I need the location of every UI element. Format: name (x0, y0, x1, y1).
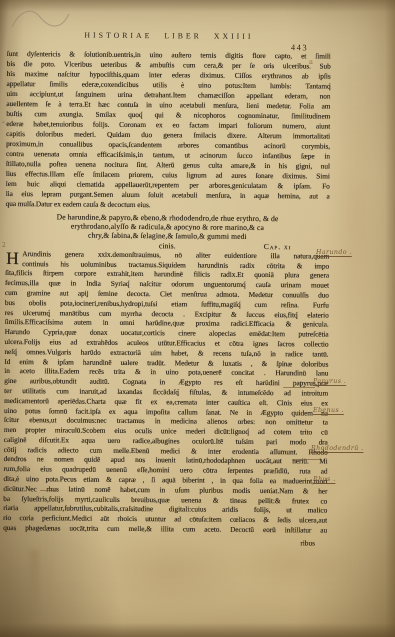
text-line: quas phagedænas uocāt,trita cum melle,& … (3, 523, 327, 535)
printed-area: HISTORIAE LIBER XXIIII 443 ſunt dyſenter… (3, 30, 331, 548)
chapter-number-label: Cap. xi (264, 242, 292, 251)
reader-ink-mark (283, 387, 315, 388)
book-page-scan: HISTORIAE LIBER XXIIII 443 ſunt dyſenter… (0, 0, 395, 637)
reader-ink-mark: 2 (2, 243, 6, 249)
chapter-heading: De harundine,& papyro,& ebeno,& rhododen… (5, 212, 329, 251)
paper-stain (30, 550, 39, 615)
handwritten-margin-note: Rhododendrū . (311, 445, 364, 452)
running-title: HISTORIAE LIBER XXIIII (7, 30, 331, 43)
reader-ink-mark (292, 459, 322, 460)
heading-end-word: cinis. (159, 241, 176, 250)
reader-ink-mark: „ (2, 118, 5, 124)
catchword: ribus (3, 536, 327, 549)
handwritten-margin-note: Harundo . (316, 249, 352, 256)
reader-ink-mark: ıı (309, 60, 313, 66)
chapter-heading-lines: De harundine,& papyro,& ebeno,& rhododen… (5, 212, 329, 242)
chapter-body: H Arundinis genera xxix.demonſtrauimus, … (3, 249, 329, 536)
paper-stain (325, 60, 389, 370)
reader-ink-mark (40, 490, 57, 491)
drop-cap-initial: H (6, 250, 19, 267)
page-number: 443 (291, 42, 308, 52)
chapter-body-lines: Arundinis genera xxix.demonſtrauimus, nō… (3, 249, 329, 536)
handwritten-margin-note: Rhus . (313, 476, 336, 483)
handwritten-margin-note: Ebenus . (313, 407, 344, 414)
paragraph-continuation: ſunt dyſentericis & ſolutionib.uentris,i… (6, 49, 331, 212)
handwritten-margin-note: Papyrus . (313, 378, 346, 385)
